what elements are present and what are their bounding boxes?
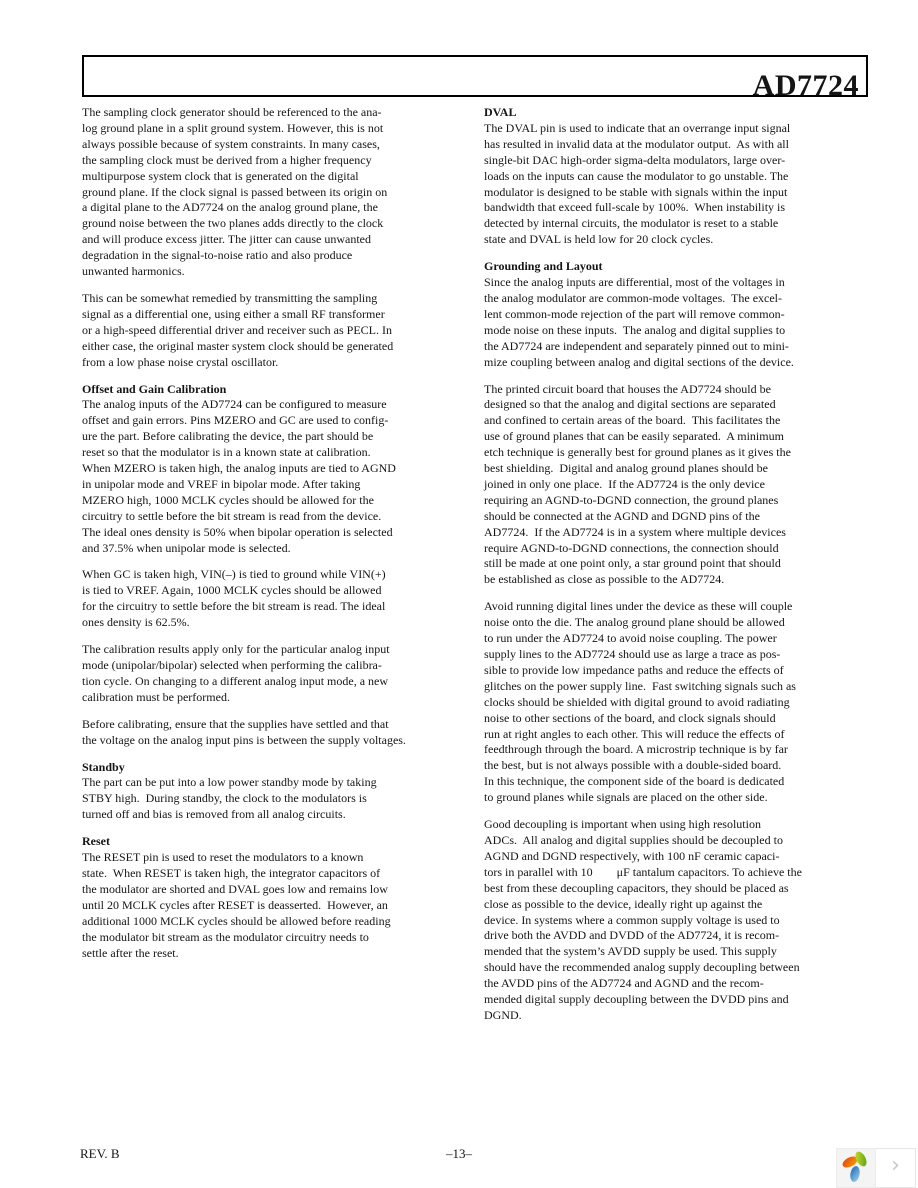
pager-widget: › <box>836 1148 916 1188</box>
para-calibration-config: The analog inputs of the AD7724 can be c… <box>82 397 424 556</box>
para-sampling-clock: The sampling clock generator should be r… <box>82 105 424 280</box>
heading-offset-gain-calibration: Offset and Gain Calibration <box>82 382 424 398</box>
left-column: The sampling clock generator should be r… <box>82 105 424 972</box>
para-dval: The DVAL pin is used to indicate that an… <box>484 121 826 248</box>
right-column: DVAL The DVAL pin is used to indicate th… <box>484 105 826 1035</box>
part-number-title: AD7724 <box>753 71 859 101</box>
para-decoupling: Good decoupling is important when using … <box>484 817 826 1024</box>
heading-reset: Reset <box>82 834 424 850</box>
chevron-right-icon: › <box>891 1155 900 1177</box>
heading-dval: DVAL <box>484 105 826 121</box>
heading-grounding-layout: Grounding and Layout <box>484 259 826 275</box>
next-page-button[interactable]: › <box>876 1148 916 1188</box>
para-gc-high: When GC is taken high, VIN(–) is tied to… <box>82 567 424 631</box>
para-common-mode: Since the analog inputs are differential… <box>484 275 826 370</box>
pinwheel-logo-icon <box>841 1150 871 1187</box>
para-pcb-ground-planes: The printed circuit board that houses th… <box>484 382 826 589</box>
revision-label: REV. B <box>80 1146 120 1162</box>
para-reset: The RESET pin is used to reset the modul… <box>82 850 424 961</box>
brand-logo-button[interactable] <box>836 1148 876 1188</box>
header-rule-box: AD7724 <box>82 55 868 97</box>
para-differential-remedy: This can be somewhat remedied by transmi… <box>82 291 424 371</box>
para-before-calibrating: Before calibrating, ensure that the supp… <box>82 717 424 749</box>
para-digital-lines: Avoid running digital lines under the de… <box>484 599 826 806</box>
para-calibration-results: The calibration results apply only for t… <box>82 642 424 706</box>
page-number: –13– <box>0 1146 918 1162</box>
datasheet-page: AD7724 The sampling clock generator shou… <box>0 0 918 1188</box>
heading-standby: Standby <box>82 760 424 776</box>
para-standby: The part can be put into a low power sta… <box>82 775 424 823</box>
